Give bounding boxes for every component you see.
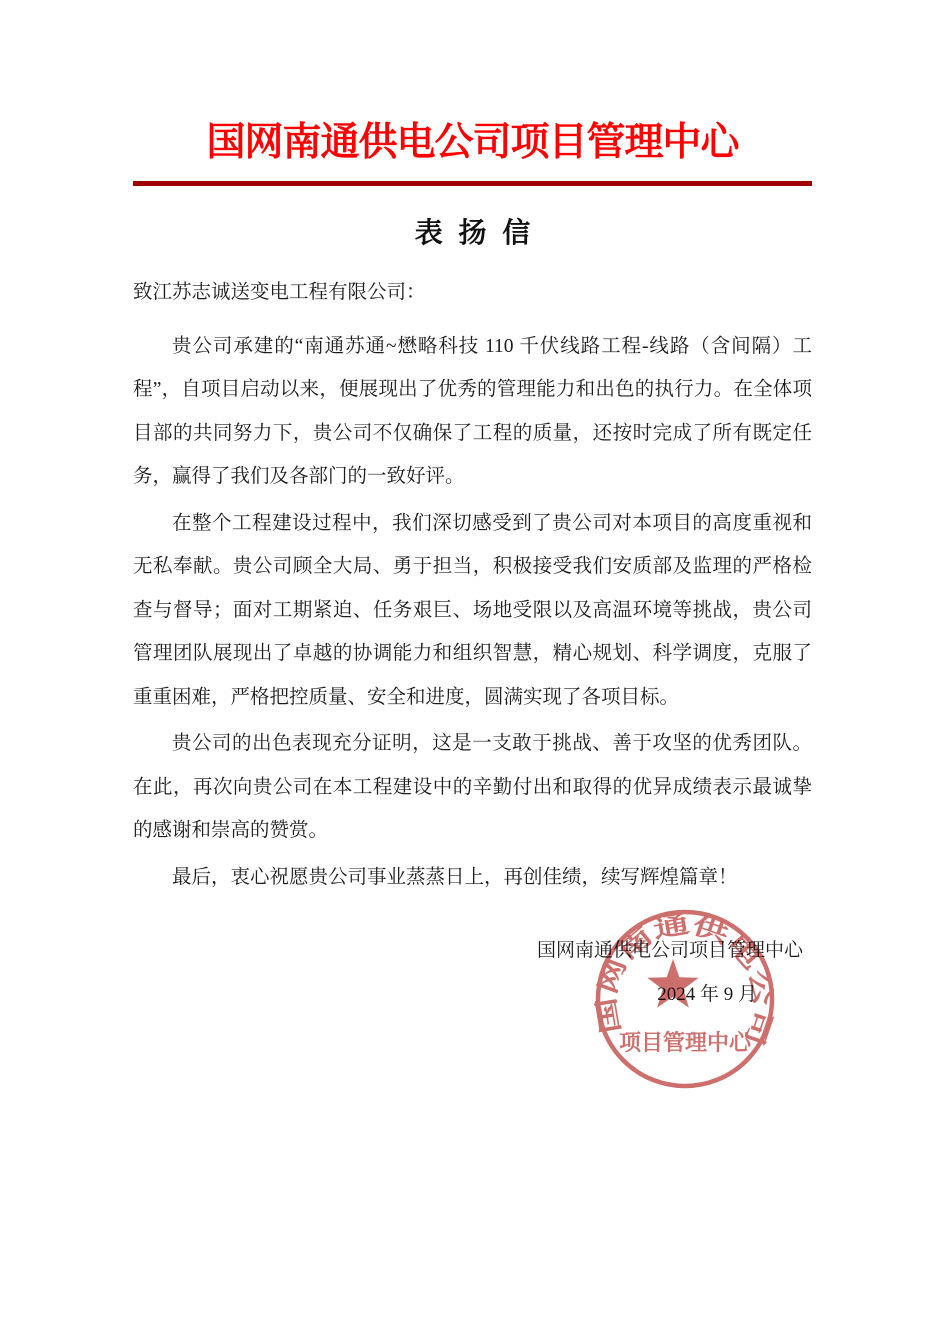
stamp-center-text: 项目管理中心	[619, 1030, 752, 1055]
letter-page: 国网南通供电公司项目管理中心 表 扬 信 致江苏志诚送变电工程有限公司： 贵公司…	[0, 0, 945, 1336]
paragraph-2: 在整个工程建设过程中，我们深切感受到了贵公司对本项目的高度重视和无私奉献。贵公司…	[133, 502, 812, 720]
signature-block: 国网南通供电公司项目管理中心 2024 年 9 月	[133, 929, 812, 1016]
salutation: 致江苏志诚送变电工程有限公司：	[133, 271, 812, 315]
signature-date: 2024 年 9 月	[133, 973, 812, 1017]
letterhead-org-title: 国网南通供电公司项目管理中心	[133, 118, 812, 168]
letter-title: 表 扬 信	[133, 217, 812, 249]
letterhead-divider-rule	[133, 181, 812, 186]
signature-org-name: 国网南通供电公司项目管理中心	[133, 929, 812, 973]
letter-body: 致江苏志诚送变电工程有限公司： 贵公司承建的“南通苏通~懋略科技 110 千伏线…	[133, 271, 812, 899]
paragraph-3: 贵公司的出色表现充分证明，这是一支敢于挑战、善于攻坚的优秀团队。在此，再次向贵公…	[133, 722, 812, 853]
paragraph-4: 最后，衷心祝愿贵公司事业蒸蒸日上，再创佳绩，续写辉煌篇章！	[133, 856, 812, 900]
paragraph-1: 贵公司承建的“南通苏通~懋略科技 110 千伏线路工程-线路（含间隔）工程”，自…	[133, 325, 812, 499]
